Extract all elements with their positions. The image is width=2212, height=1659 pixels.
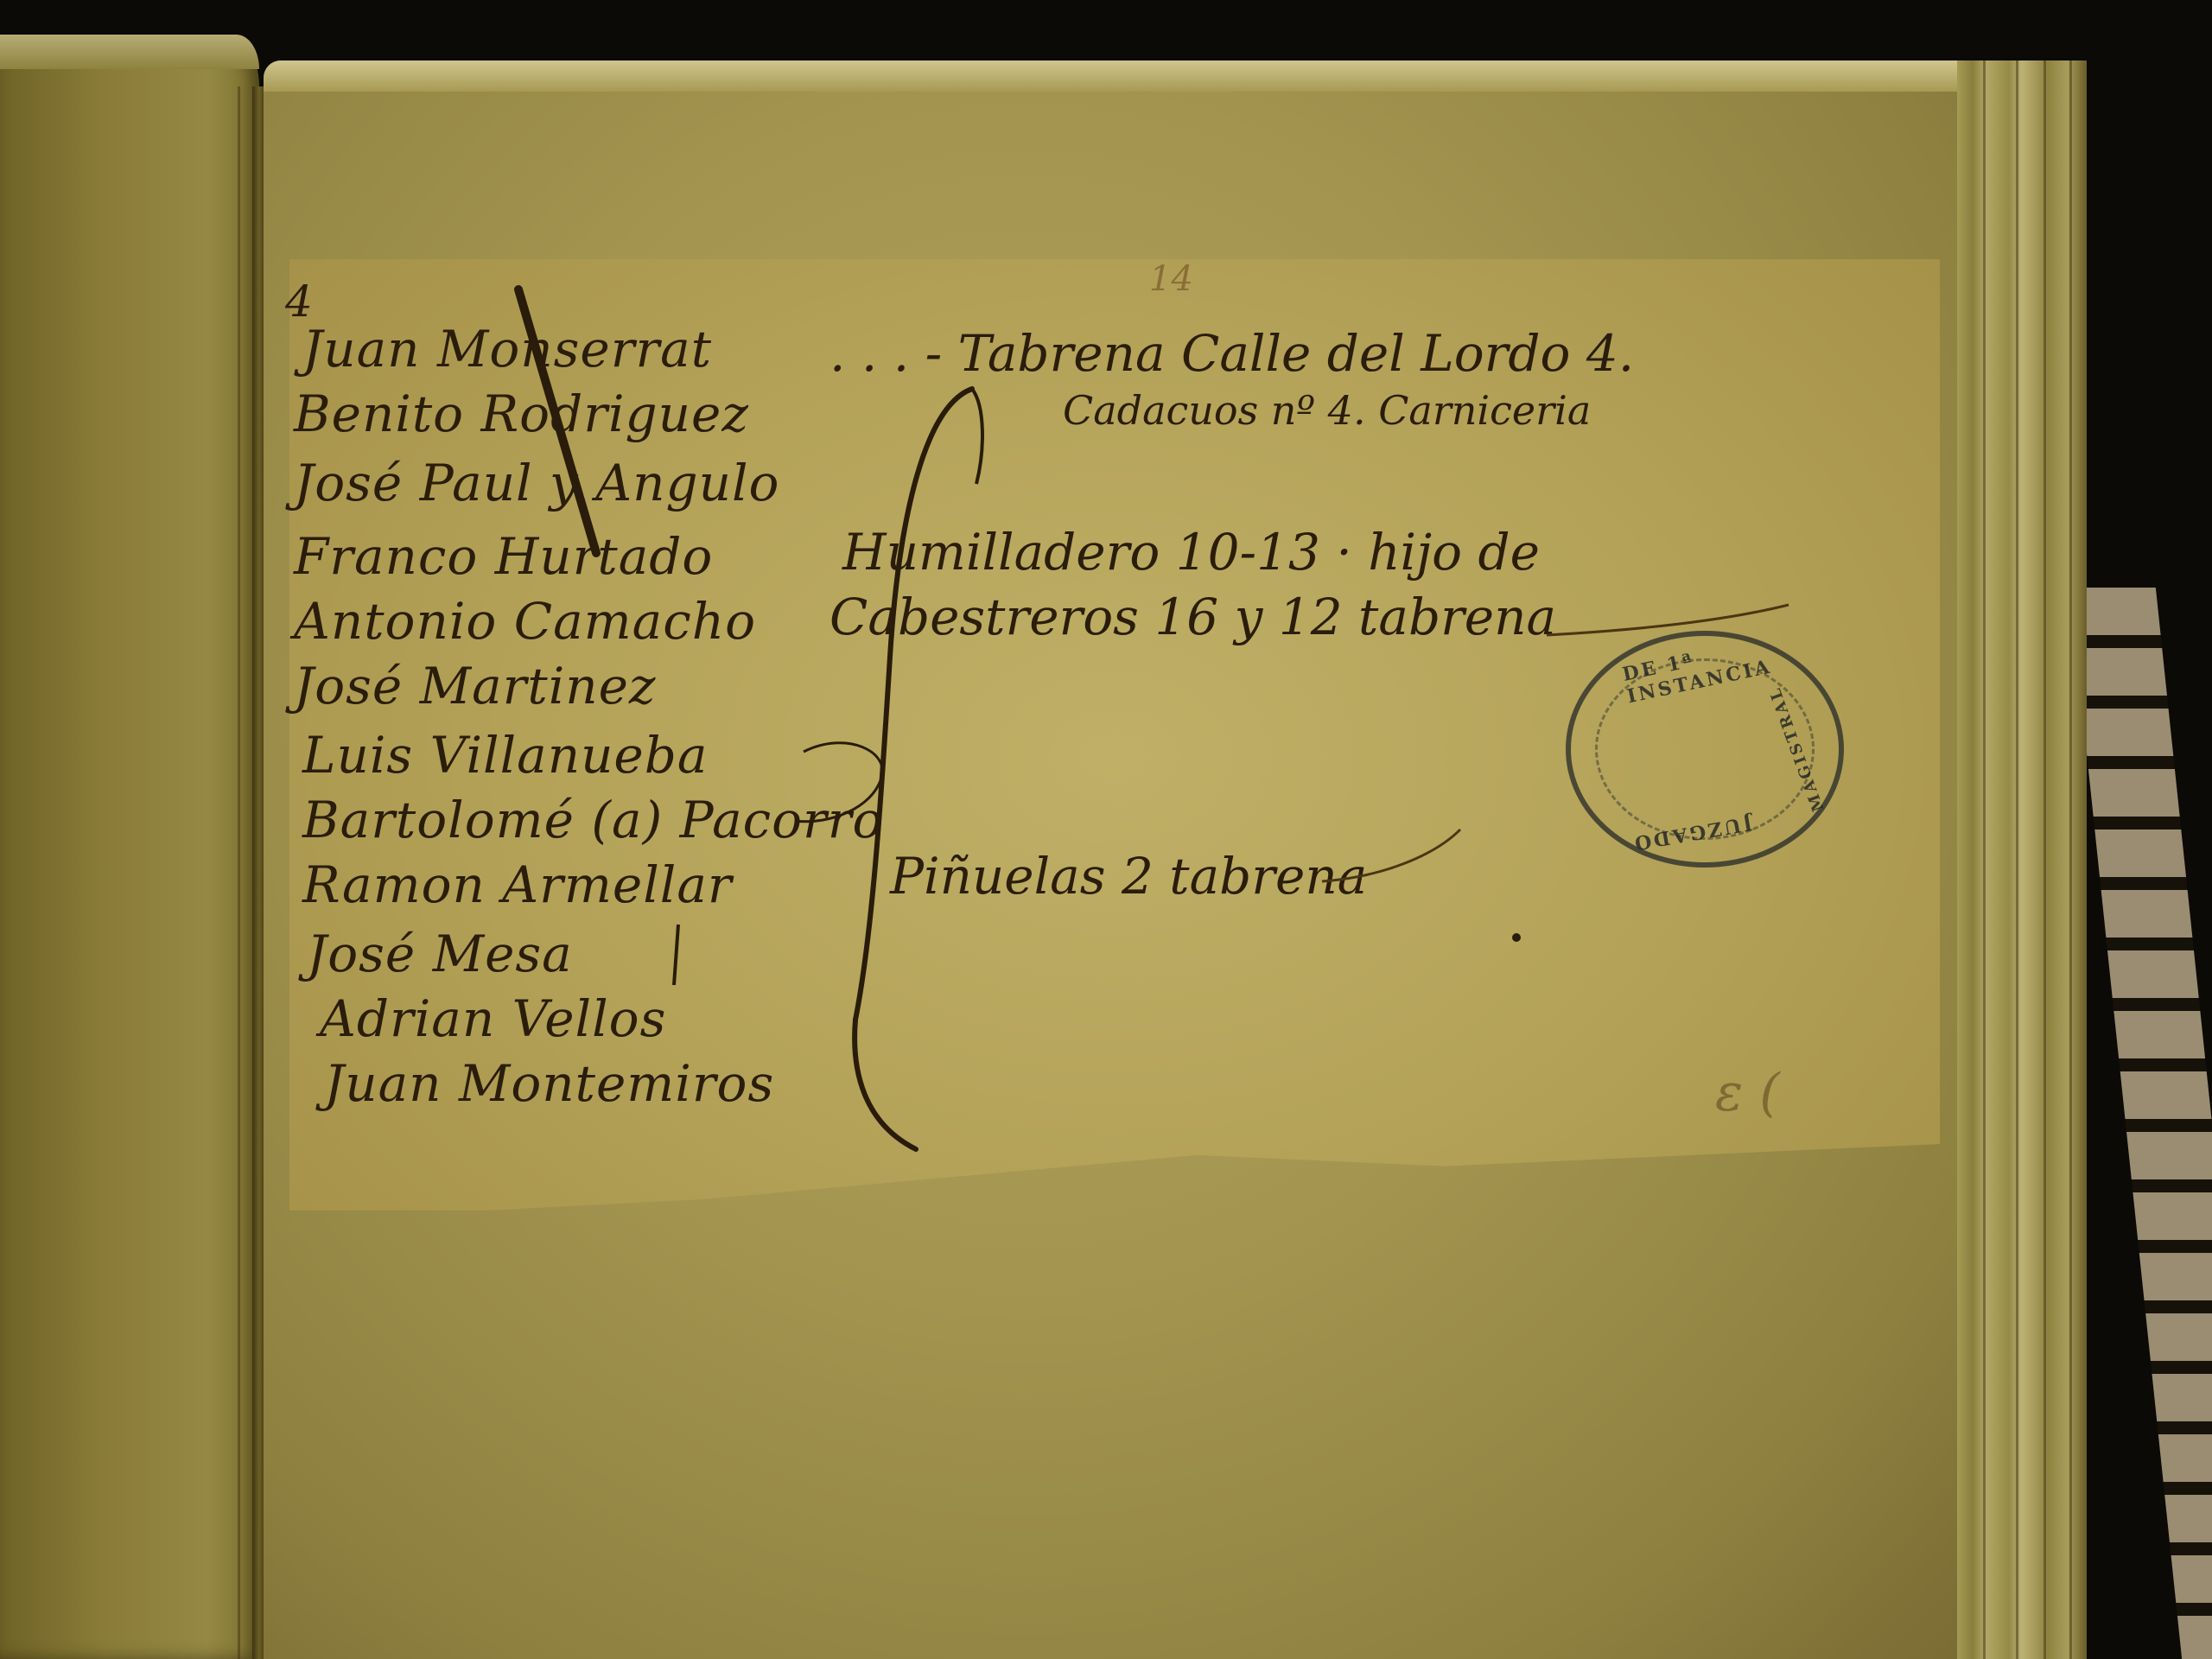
pen-strokes xyxy=(0,0,2212,1659)
ink-dot-icon xyxy=(1512,933,1521,942)
court-stamp: DE 1ª INSTANCIA JUZGADO MAGISTRAL xyxy=(1566,631,1844,868)
pinuelas-flourish-icon xyxy=(1322,829,1460,881)
margin-pencil-note: ε ( xyxy=(1715,1063,1780,1123)
crossout-stroke-icon xyxy=(518,289,596,553)
calle-underline-icon xyxy=(1063,415,1694,423)
book-photo: 14 4 Juan Monserrat Benito Rodriguez Jos… xyxy=(0,0,2212,1659)
brace-stroke-icon xyxy=(855,389,972,1149)
brace-top-loop-icon xyxy=(972,389,982,484)
mesa-tick-icon xyxy=(674,925,678,985)
cabestreros-underline-icon xyxy=(1547,605,1789,635)
villanueba-flourish-icon xyxy=(795,743,882,822)
